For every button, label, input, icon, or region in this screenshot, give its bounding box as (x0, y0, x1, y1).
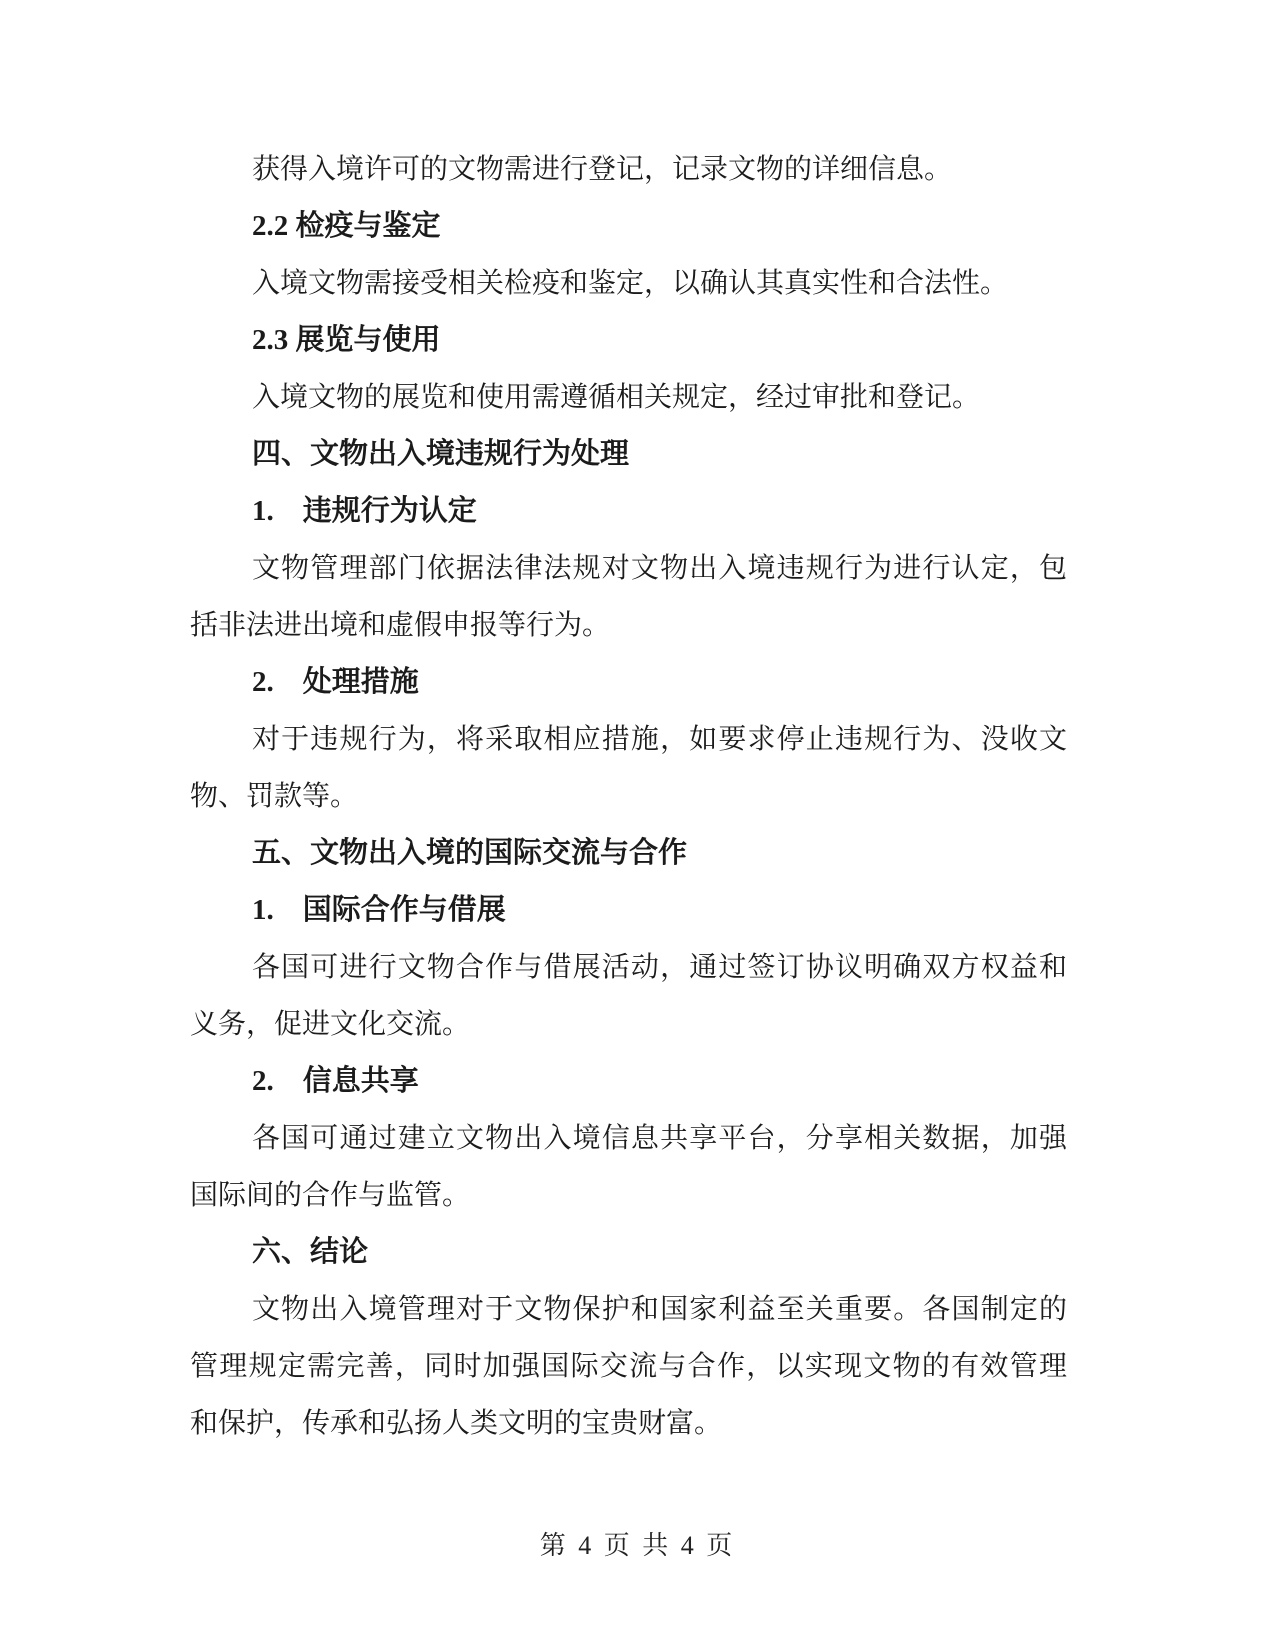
heading-2-3: 2.3 展览与使用 (190, 312, 1067, 369)
document-body: 获得入境许可的文物需进行登记，记录文物的详细信息。 2.2 检疫与鉴定 入境文物… (190, 141, 1067, 1452)
paragraph-line: 对于违规行为，将采取相应措施，如要求停止违规行为、没收文 (190, 711, 1067, 768)
paragraph-line: 各国可通过建立文物出入境信息共享平台，分享相关数据，加强 (190, 1110, 1067, 1167)
page-number-footer: 第 4 页 共 4 页 (0, 1532, 1275, 1560)
paragraph-line: 括非法进出境和虚假申报等行为。 (190, 597, 1067, 654)
paragraph-line: 文物出入境管理对于文物保护和国家利益至关重要。各国制定的 (190, 1281, 1067, 1338)
heading-2-2: 2.2 检疫与鉴定 (190, 198, 1067, 255)
heading-5-1: 1. 国际合作与借展 (190, 882, 1067, 939)
heading-section-6: 六、结论 (190, 1224, 1067, 1281)
heading-section-5: 五、文物出入境的国际交流与合作 (190, 825, 1067, 882)
paragraph-line: 义务，促进文化交流。 (190, 996, 1067, 1053)
paragraph-line: 和保护，传承和弘扬人类文明的宝贵财富。 (190, 1395, 1067, 1452)
document-page: 获得入境许可的文物需进行登记，记录文物的详细信息。 2.2 检疫与鉴定 入境文物… (0, 0, 1275, 1650)
paragraph-line: 获得入境许可的文物需进行登记，记录文物的详细信息。 (190, 141, 1067, 198)
paragraph-line: 国际间的合作与监管。 (190, 1167, 1067, 1224)
paragraph-line: 管理规定需完善，同时加强国际交流与合作，以实现文物的有效管理 (190, 1338, 1067, 1395)
paragraph-line: 物、罚款等。 (190, 768, 1067, 825)
heading-5-2: 2. 信息共享 (190, 1053, 1067, 1110)
heading-section-4: 四、文物出入境违规行为处理 (190, 426, 1067, 483)
heading-4-2: 2. 处理措施 (190, 654, 1067, 711)
paragraph-line: 文物管理部门依据法律法规对文物出入境违规行为进行认定，包 (190, 540, 1067, 597)
paragraph-line: 入境文物需接受相关检疫和鉴定，以确认其真实性和合法性。 (190, 255, 1067, 312)
heading-4-1: 1. 违规行为认定 (190, 483, 1067, 540)
paragraph-line: 入境文物的展览和使用需遵循相关规定，经过审批和登记。 (190, 369, 1067, 426)
paragraph-line: 各国可进行文物合作与借展活动，通过签订协议明确双方权益和 (190, 939, 1067, 996)
